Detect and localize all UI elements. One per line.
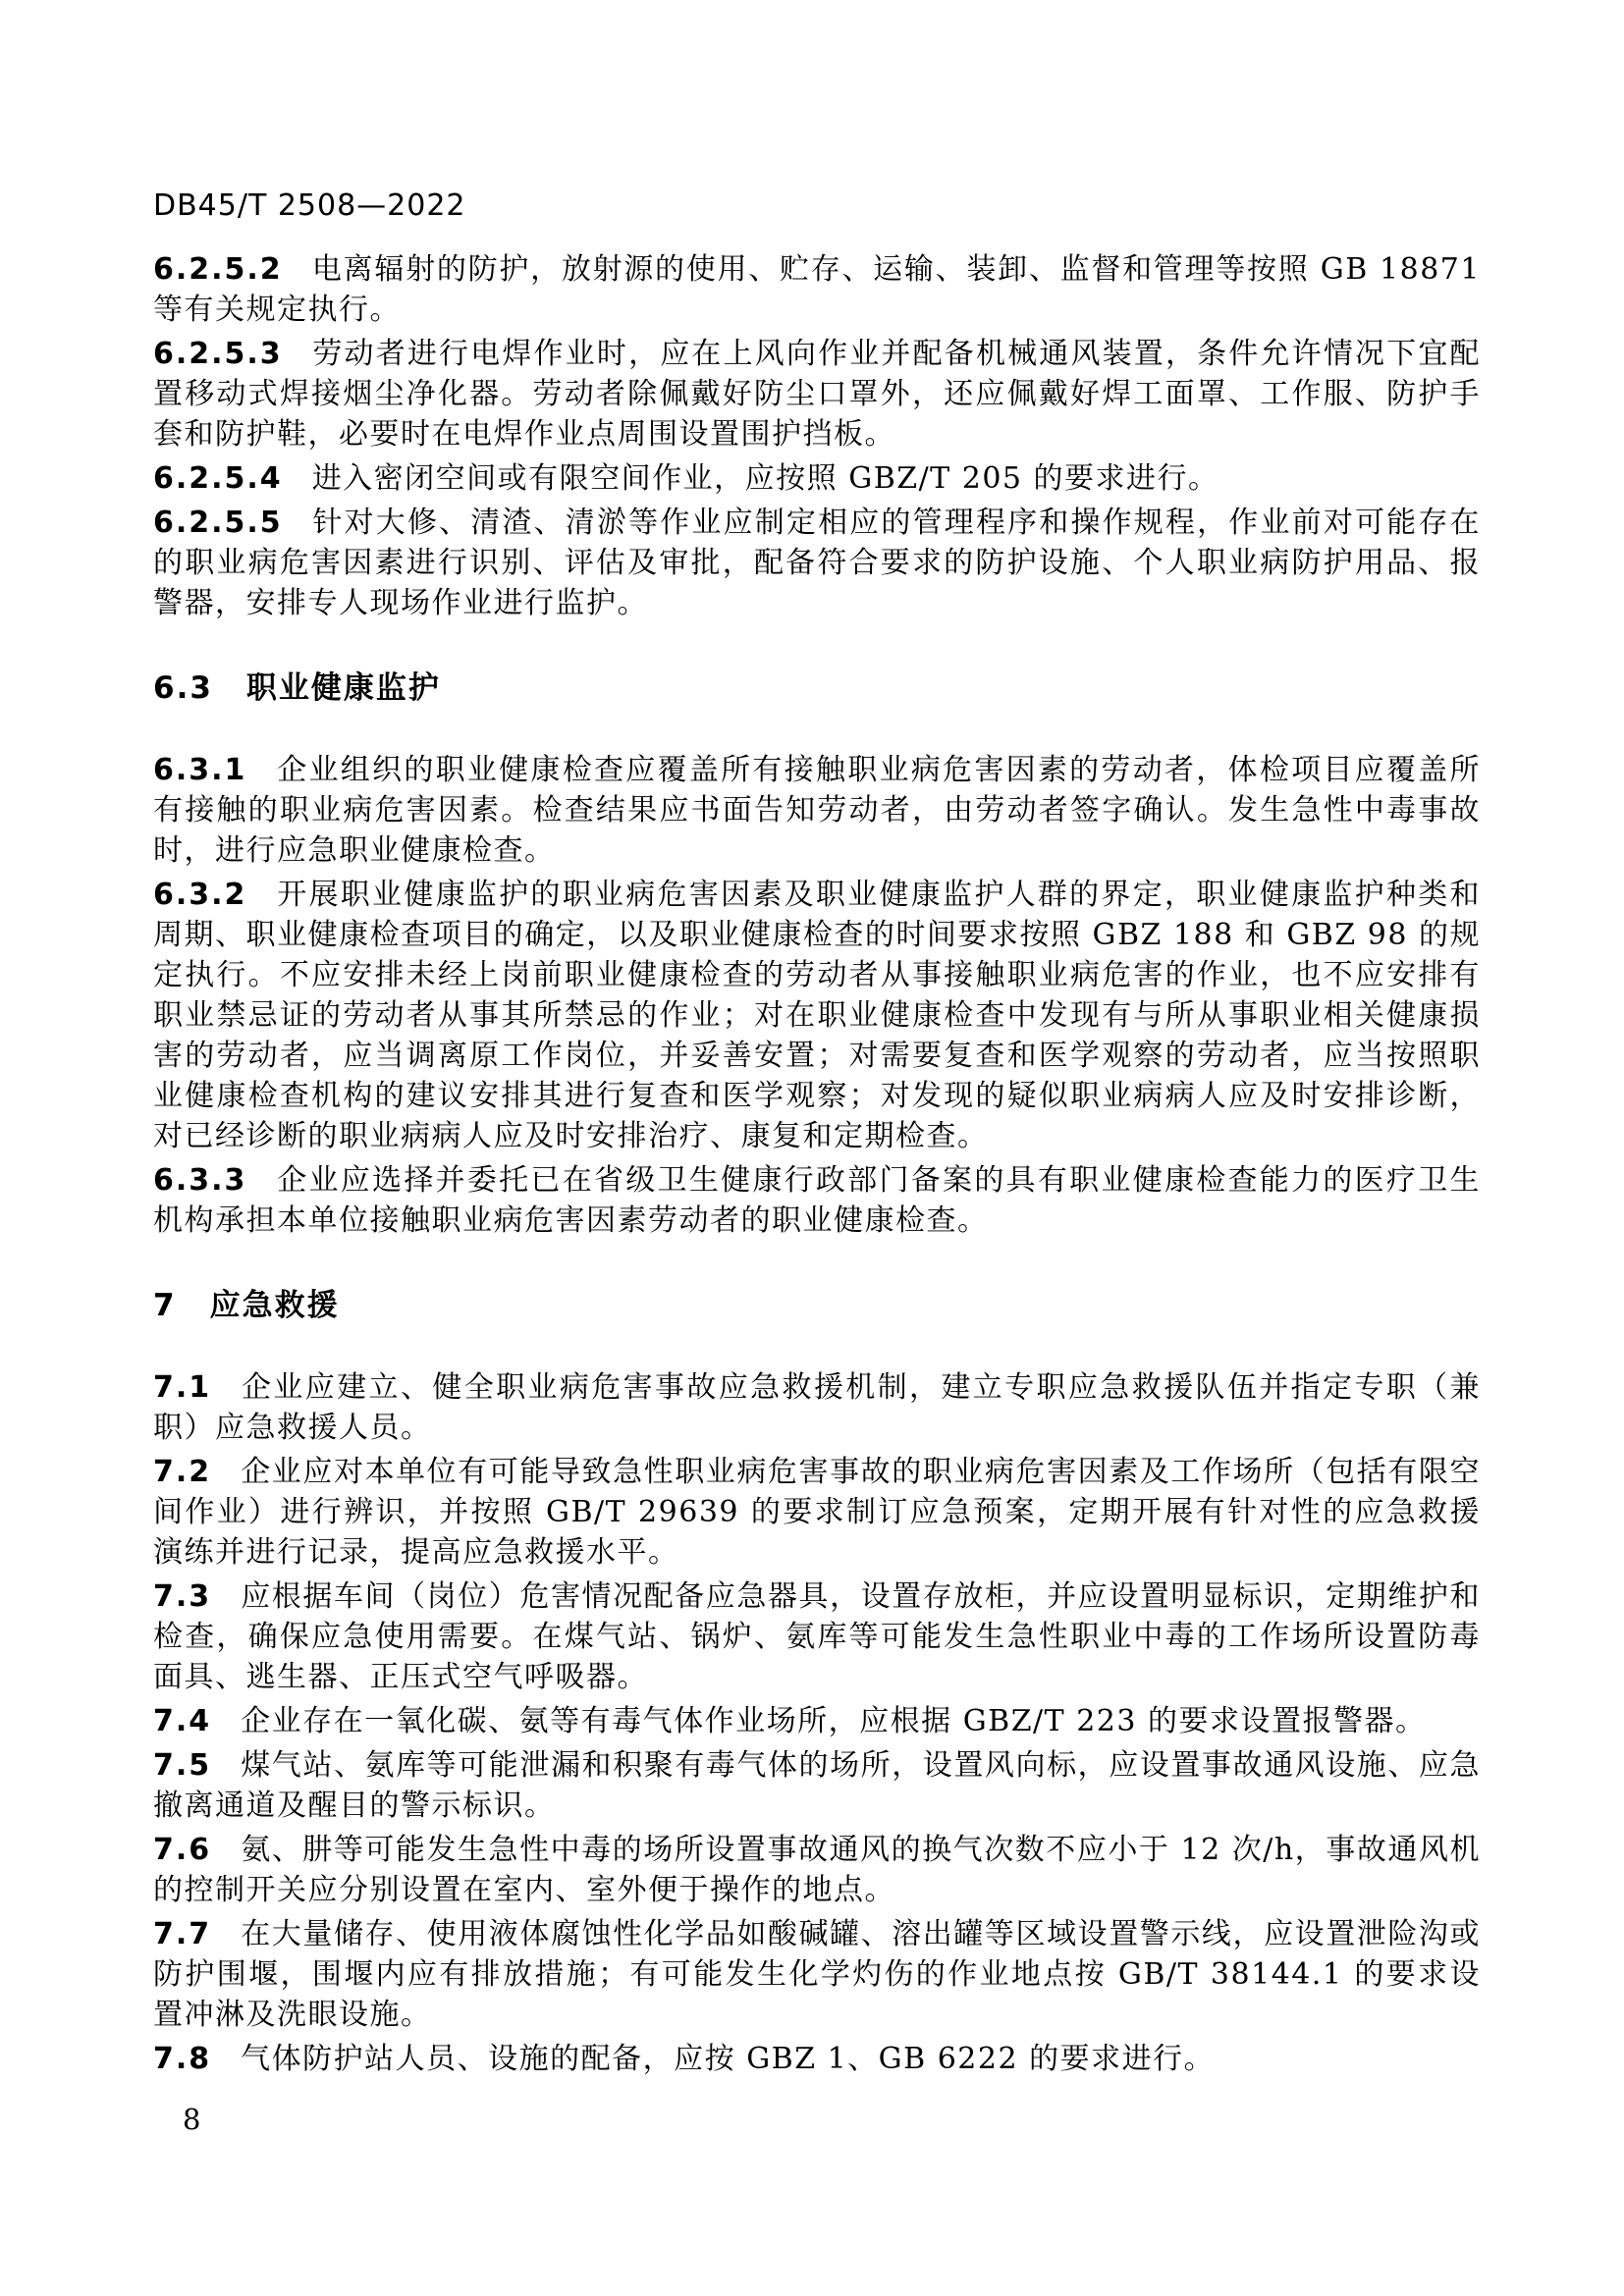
clause-number: 7.6 bbox=[153, 1833, 241, 1867]
clause-number: 6.3.2 bbox=[153, 878, 276, 912]
clause-number: 6.2.5.3 bbox=[153, 337, 312, 371]
clause-number: 7.1 bbox=[153, 1370, 241, 1405]
clause-text: 企业组织的职业健康检查应覆盖所有接触职业病危害因素的劳动者，体检项目应覆盖所有接… bbox=[153, 753, 1481, 868]
document-header: DB45/T 2508—2022 bbox=[153, 188, 466, 223]
document-page: DB45/T 2508—2022 6.2.5.2电离辐射的防护，放射源的使用、贮… bbox=[0, 0, 1624, 2296]
clause-text: 应根据车间（岗位）危害情况配备应急器具，设置存放柜，并应设置明显标识，定期维护和… bbox=[153, 1579, 1481, 1694]
heading-text: 职业健康监护 bbox=[246, 670, 441, 706]
clause-paragraph: 6.3.1企业组织的职业健康检查应覆盖所有接触职业病危害因素的劳动者，体检项目应… bbox=[153, 750, 1481, 871]
clause-number: 6.3 bbox=[153, 670, 246, 706]
clause-text: 电离辐射的防护，放射源的使用、贮存、运输、装卸、监督和管理等按照 GB 1887… bbox=[153, 252, 1481, 327]
clause-number: 7 bbox=[153, 1288, 210, 1323]
clause-text: 企业存在一氧化碳、氨等有毒气体作业场所，应根据 GBZ/T 223 的要求设置报… bbox=[241, 1704, 1426, 1738]
clause-paragraph: 7.6氨、肼等可能发生急性中毒的场所设置事故通风的换气次数不应小于 12 次/h… bbox=[153, 1830, 1481, 1910]
clause-text: 劳动者进行电焊作业时，应在上风向作业并配备机械通风装置，条件允许情况下宜配置移动… bbox=[153, 337, 1481, 452]
clause-paragraph: 6.3.2开展职业健康监护的职业病危害因素及职业健康监护人群的界定，职业健康监护… bbox=[153, 875, 1481, 1156]
clause-paragraph: 7.5煤气站、氨库等可能泄漏和积聚有毒气体的场所，设置风向标，应设置事故通风设施… bbox=[153, 1745, 1481, 1826]
clause-number: 7.3 bbox=[153, 1579, 241, 1614]
clause-paragraph: 7.7在大量储存、使用液体腐蚀性化学品如酸碱罐、溶出罐等区域设置警示线，应设置泄… bbox=[153, 1914, 1481, 2035]
clause-number: 6.2.5.2 bbox=[153, 252, 312, 287]
clause-paragraph: 7.1企业应建立、健全职业病危害事故应急救援机制，建立专职应急救援队伍并指定专职… bbox=[153, 1367, 1481, 1448]
clause-text: 企业应选择并委托已在省级卫生健康行政部门备案的具有职业健康检查能力的医疗卫生机构… bbox=[153, 1163, 1481, 1238]
clause-number: 7.4 bbox=[153, 1704, 241, 1738]
clause-paragraph: 6.2.5.5针对大修、清渣、清淤等作业应制定相应的管理程序和操作规程，作业前对… bbox=[153, 503, 1481, 623]
section-heading: 6.3职业健康监护 bbox=[153, 668, 1481, 709]
clause-paragraph: 6.2.5.2电离辐射的防护，放射源的使用、贮存、运输、装卸、监督和管理等按照 … bbox=[153, 249, 1481, 330]
clause-text: 煤气站、氨库等可能泄漏和积聚有毒气体的场所，设置风向标，应设置事故通风设施、应急… bbox=[153, 1748, 1481, 1823]
section-heading: 7应急救援 bbox=[153, 1286, 1481, 1326]
clause-paragraph: 7.8气体防护站人员、设施的配备，应按 GBZ 1、GB 6222 的要求进行。 bbox=[153, 2039, 1481, 2079]
clause-paragraph: 7.3应根据车间（岗位）危害情况配备应急器具，设置存放柜，并应设置明显标识，定期… bbox=[153, 1576, 1481, 1697]
clause-text: 针对大修、清渣、清淤等作业应制定相应的管理程序和操作规程，作业前对可能存在的职业… bbox=[153, 506, 1481, 620]
clause-text: 氨、肼等可能发生急性中毒的场所设置事故通风的换气次数不应小于 12 次/h，事故… bbox=[153, 1833, 1481, 1907]
clause-text: 在大量储存、使用液体腐蚀性化学品如酸碱罐、溶出罐等区域设置警示线，应设置泄险沟或… bbox=[153, 1917, 1481, 2032]
clause-number: 7.7 bbox=[153, 1917, 241, 1951]
clause-number: 6.2.5.4 bbox=[153, 461, 312, 496]
clause-number: 7.5 bbox=[153, 1748, 241, 1783]
clause-text: 企业应建立、健全职业病危害事故应急救援机制，建立专职应急救援队伍并指定专职（兼职… bbox=[153, 1370, 1481, 1445]
heading-text: 应急救援 bbox=[210, 1288, 340, 1323]
clause-text: 开展职业健康监护的职业病危害因素及职业健康监护人群的界定，职业健康监护种类和周期… bbox=[153, 878, 1481, 1153]
document-body: 6.2.5.2电离辐射的防护，放射源的使用、贮存、运输、装卸、监督和管理等按照 … bbox=[153, 245, 1481, 2083]
clause-number: 6.3.1 bbox=[153, 753, 276, 787]
clause-text: 气体防护站人员、设施的配备，应按 GBZ 1、GB 6222 的要求进行。 bbox=[241, 2042, 1215, 2076]
clause-text: 进入密闭空间或有限空间作业，应按照 GBZ/T 205 的要求进行。 bbox=[312, 461, 1219, 496]
clause-paragraph: 6.2.5.3劳动者进行电焊作业时，应在上风向作业并配备机械通风装置，条件允许情… bbox=[153, 334, 1481, 454]
clause-paragraph: 6.2.5.4进入密闭空间或有限空间作业，应按照 GBZ/T 205 的要求进行… bbox=[153, 458, 1481, 499]
clause-paragraph: 7.2企业应对本单位有可能导致急性职业病危害事故的职业病危害因素及工作场所（包括… bbox=[153, 1452, 1481, 1573]
clause-paragraph: 7.4企业存在一氧化碳、氨等有毒气体作业场所，应根据 GBZ/T 223 的要求… bbox=[153, 1701, 1481, 1741]
clause-number: 7.2 bbox=[153, 1455, 241, 1489]
clause-paragraph: 6.3.3企业应选择并委托已在省级卫生健康行政部门备案的具有职业健康检查能力的医… bbox=[153, 1160, 1481, 1241]
page-number: 8 bbox=[183, 2103, 200, 2136]
clause-number: 6.3.3 bbox=[153, 1163, 276, 1198]
clause-number: 6.2.5.5 bbox=[153, 506, 312, 540]
clause-text: 企业应对本单位有可能导致急性职业病危害事故的职业病危害因素及工作场所（包括有限空… bbox=[153, 1455, 1481, 1570]
clause-number: 7.8 bbox=[153, 2042, 241, 2076]
